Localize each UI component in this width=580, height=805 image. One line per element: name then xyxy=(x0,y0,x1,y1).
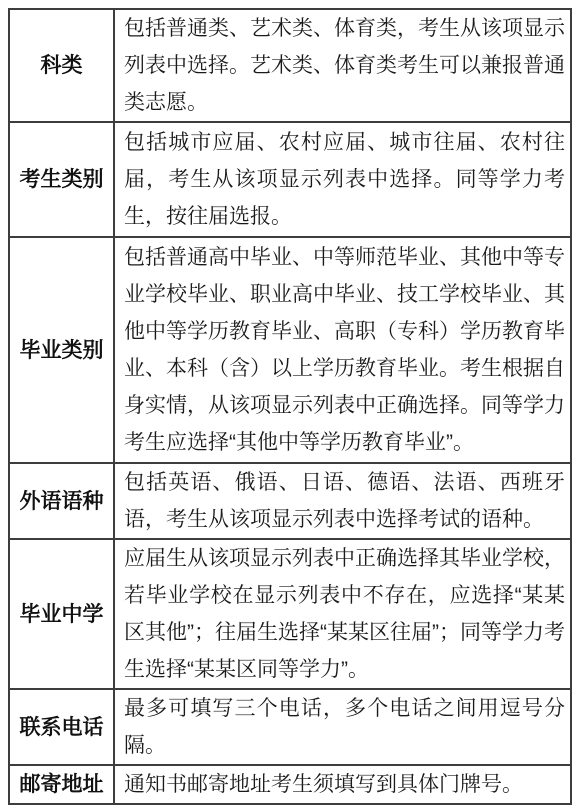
field-description: 包括普通高中毕业、中等师范毕业、其他中等专业学校毕业、职业高中毕业、技工学校毕业… xyxy=(114,237,571,463)
field-description: 包括英语、俄语、日语、德语、法语、西班牙语，考生从该项显示列表中选择考试的语种。 xyxy=(114,463,571,539)
field-label: 科类 xyxy=(9,9,114,122)
field-label: 邮寄地址 xyxy=(9,765,114,804)
table-row: 考生类别 包括城市应届、农村应届、城市往届、农村往届，考生从该项显示列表中选择。… xyxy=(9,122,571,237)
field-description: 最多可填写三个电话，多个电话之间用逗号分隔。 xyxy=(114,689,571,765)
field-description: 包括城市应届、农村应届、城市往届、农村往届，考生从该项显示列表中选择。同等学力考… xyxy=(114,122,571,237)
table-row: 毕业类别 包括普通高中毕业、中等师范毕业、其他中等专业学校毕业、职业高中毕业、技… xyxy=(9,237,571,463)
field-description: 应届生从该项显示列表中正确选择其毕业学校，若毕业学校在显示列表中不存在，应选择“… xyxy=(114,539,571,689)
field-label: 考生类别 xyxy=(9,122,114,237)
table-row: 毕业中学 应届生从该项显示列表中正确选择其毕业学校，若毕业学校在显示列表中不存在… xyxy=(9,539,571,689)
field-description: 通知书邮寄地址考生须填写到具体门牌号。 xyxy=(114,765,571,804)
table-row: 科类 包括普通类、艺术类、体育类，考生从该项显示列表中选择。艺术类、体育类考生可… xyxy=(9,9,571,122)
field-description: 包括普通类、艺术类、体育类，考生从该项显示列表中选择。艺术类、体育类考生可以兼报… xyxy=(114,9,571,122)
table-row: 联系电话 最多可填写三个电话，多个电话之间用逗号分隔。 xyxy=(9,689,571,765)
field-label: 毕业中学 xyxy=(9,539,114,689)
field-label: 外语语种 xyxy=(9,463,114,539)
table-row: 外语语种 包括英语、俄语、日语、德语、法语、西班牙语，考生从该项显示列表中选择考… xyxy=(9,463,571,539)
form-field-instructions-table: 科类 包括普通类、艺术类、体育类，考生从该项显示列表中选择。艺术类、体育类考生可… xyxy=(8,8,572,805)
table-row: 邮寄地址 通知书邮寄地址考生须填写到具体门牌号。 xyxy=(9,765,571,804)
field-label: 毕业类别 xyxy=(9,237,114,463)
field-label: 联系电话 xyxy=(9,689,114,765)
